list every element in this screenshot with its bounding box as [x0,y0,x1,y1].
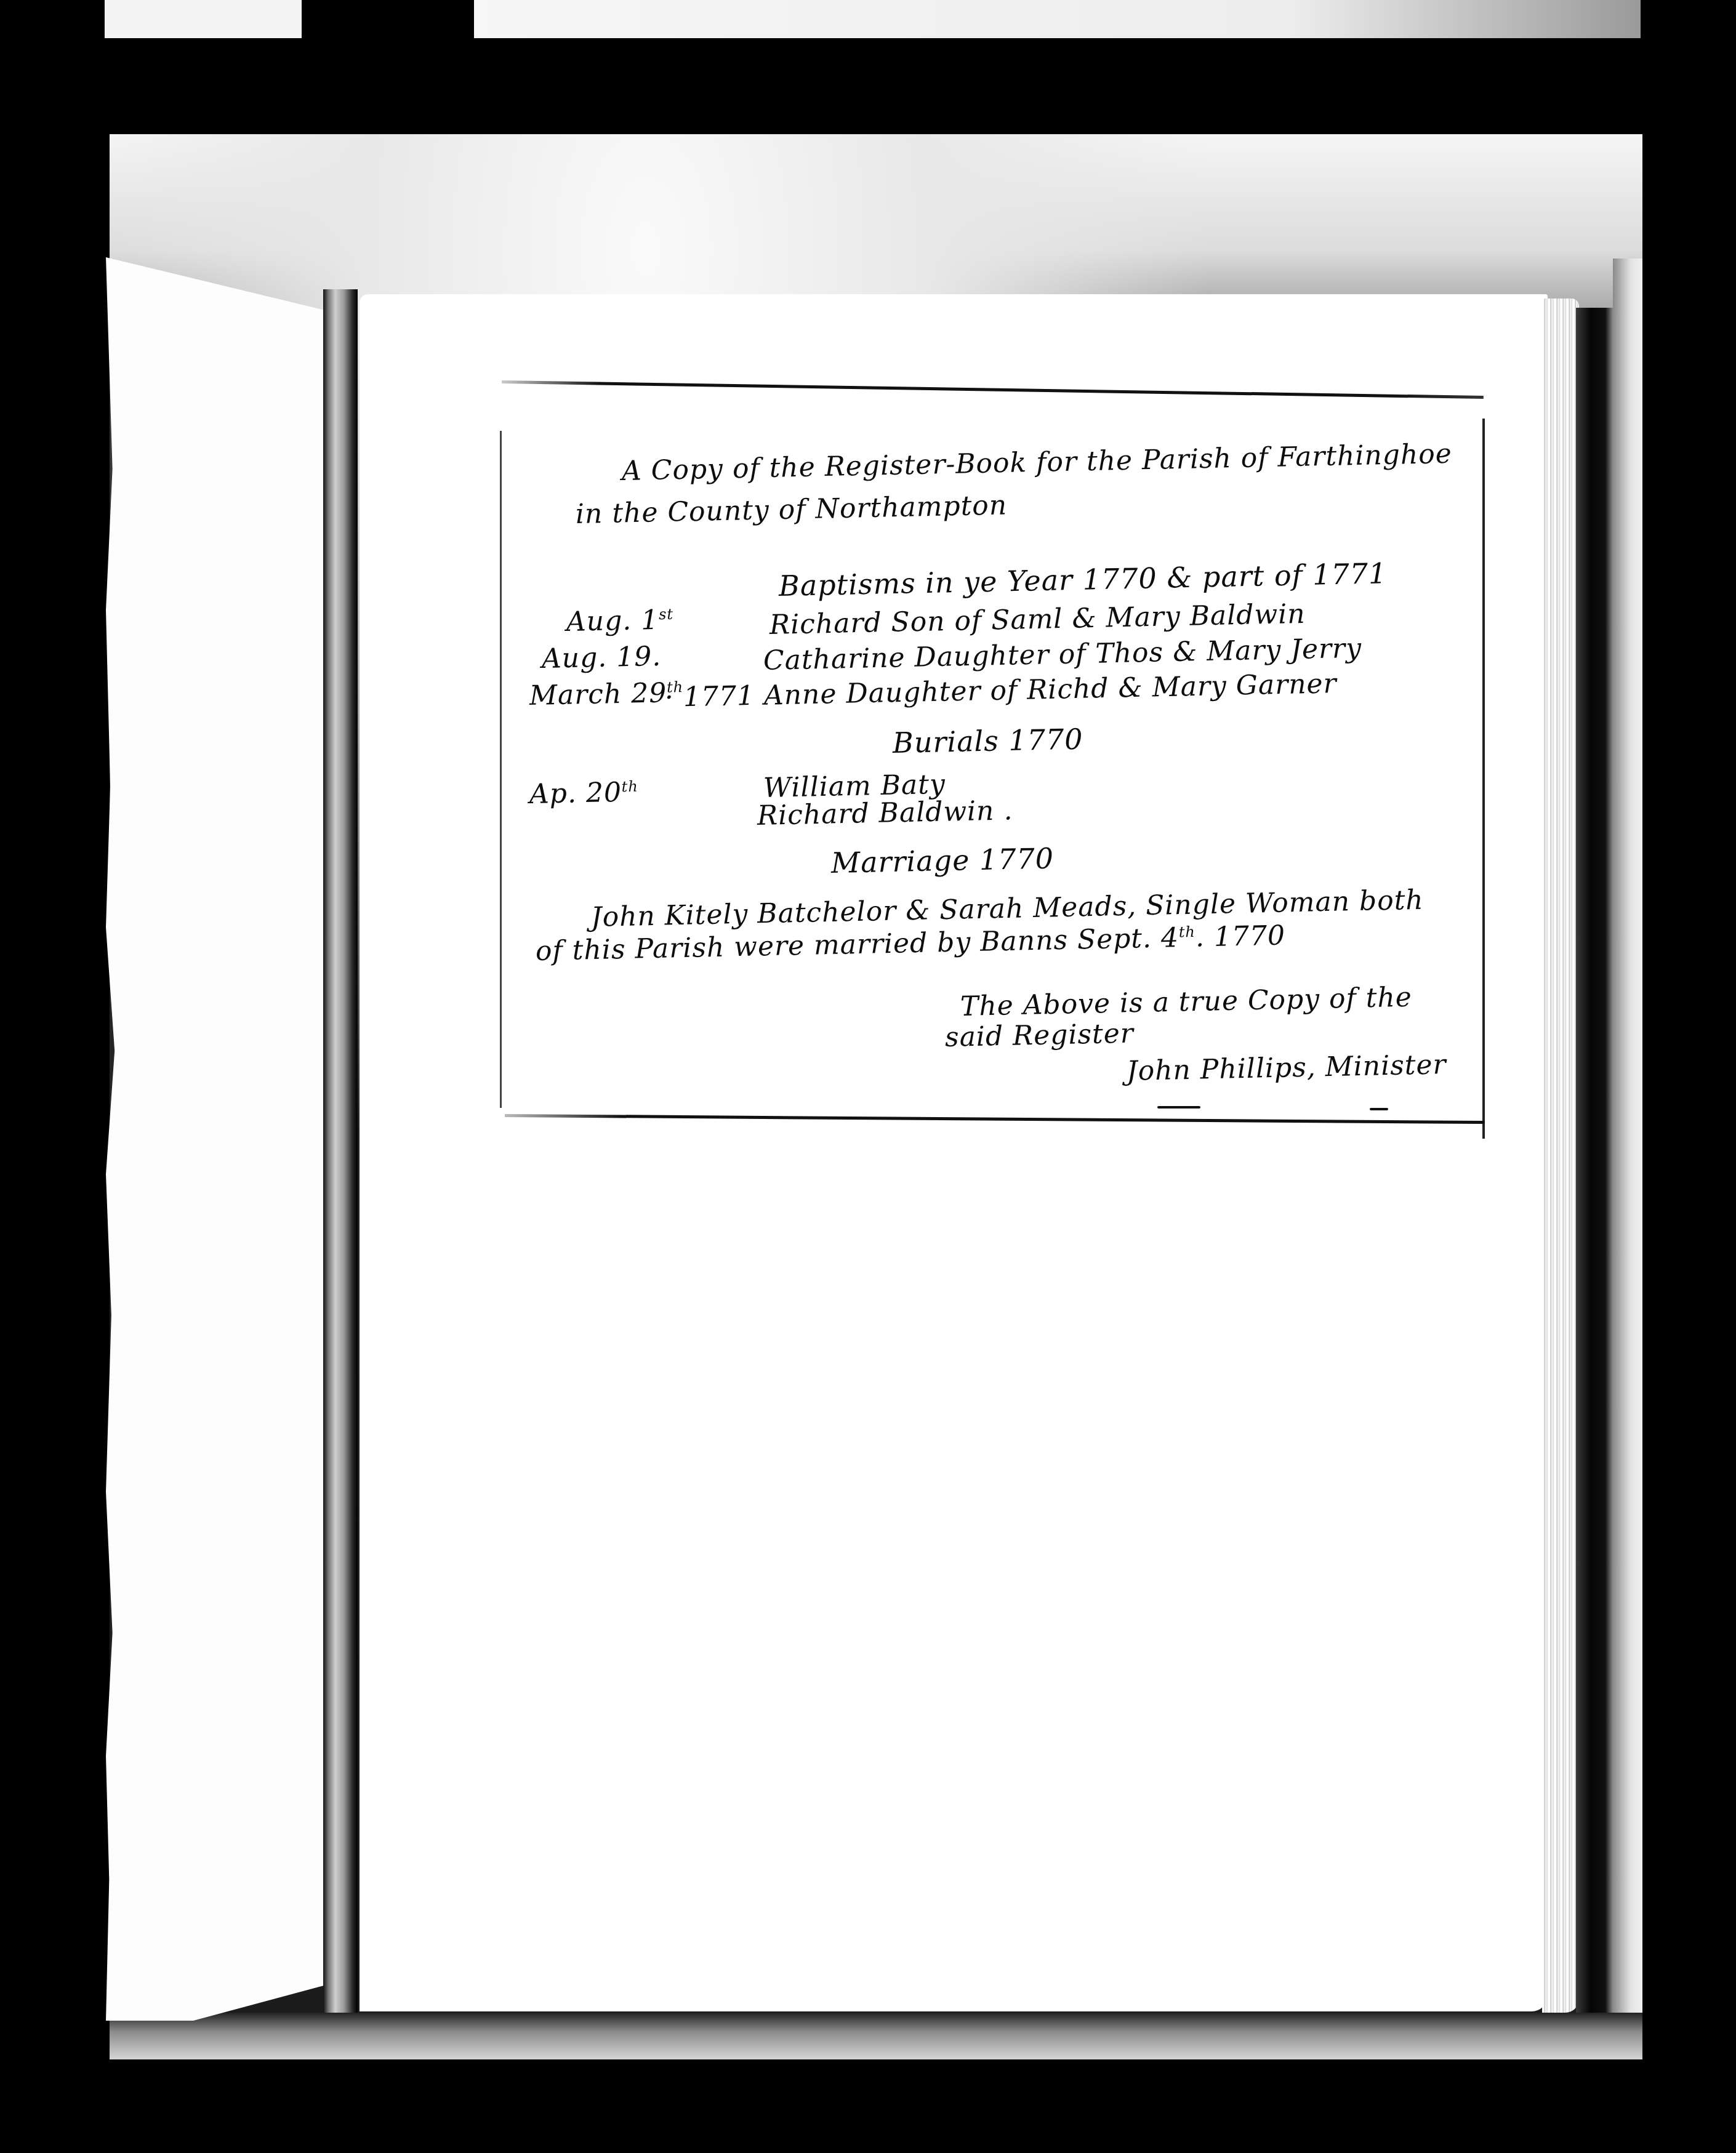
previous-frame-edge-left [105,0,302,38]
scan-frame-bottom-edge [110,2013,1642,2059]
certification-line-2: said Register [944,1018,1134,1053]
marriages-heading: Marriage 1770 [830,841,1054,880]
page-edges [1542,299,1579,2013]
slip-border-right [1482,419,1485,1139]
baptism-date: Aug. 19. [541,641,661,675]
burials-heading: Burials 1770 [892,723,1083,760]
burial-entry: Richard Baldwin . [757,795,1013,832]
page-shadow [1576,308,1613,2013]
pen-mark [1370,1108,1388,1110]
book-gutter [323,289,358,2013]
minister-signature: John Phillips, Minister [1126,1049,1447,1087]
slip-border-left [500,431,502,1108]
baptism-date: March 29th [529,677,683,712]
pen-mark [1157,1106,1200,1109]
scan-frame-right-edge [1613,259,1642,2059]
burial-date: Ap. 20th [529,776,638,810]
baptism-date: Aug. 1st [566,604,673,638]
previous-frame-edge-right [474,0,1641,38]
facing-left-page [106,257,324,2021]
